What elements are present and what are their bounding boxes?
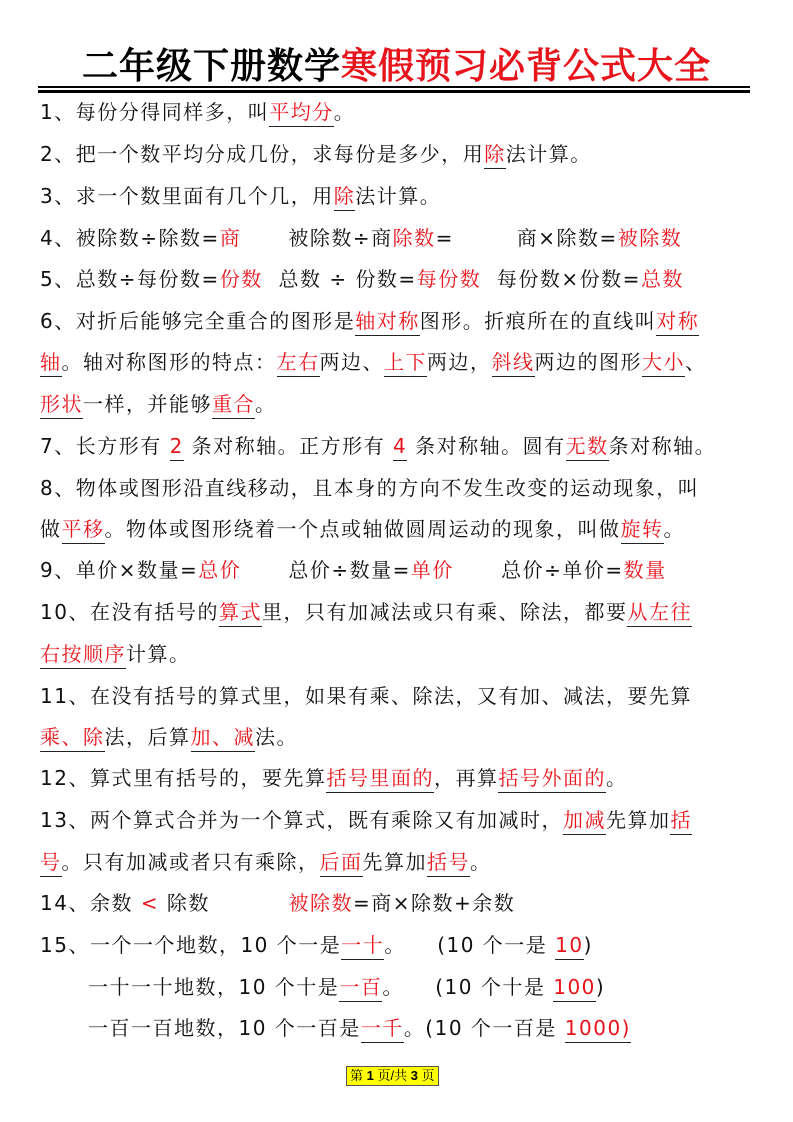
text-segment: 。 <box>664 517 686 541</box>
text-line: 8、物体或图形沿直线移动，且本身的方向不发生改变的运动现象，叫 <box>40 474 699 504</box>
text-line: 9、单价×数量=总价 总价÷数量=单价 总价÷单价=数量 <box>40 556 667 586</box>
page-middle: 页/共 <box>378 1068 408 1083</box>
text-segment: 一百一百地数，10 个一百是 <box>88 1016 361 1040</box>
text-segment: 7、长方形有 <box>40 434 170 458</box>
text-segment: 条对称轴。圆有 <box>407 434 565 458</box>
answer-highlight: 10 <box>555 933 583 960</box>
text-line: 一百一百地数，10 个一百是一千。(10 个一百是 1000) <box>88 1014 631 1044</box>
text-segment: 条对称轴。 <box>609 434 717 458</box>
answer-highlight: 总价 <box>198 558 241 582</box>
answer-highlight: 无数 <box>566 434 609 461</box>
text-segment: 2、把一个数平均分成几份，求每份是多少，用 <box>40 142 484 166</box>
text-segment: 。轴对称图形的特点： <box>62 350 277 374</box>
text-segment: 4、被除数÷除数= <box>40 226 220 250</box>
answer-highlight: 一百 <box>339 975 382 1002</box>
text-segment: 。(10 个一百是 <box>404 1016 565 1040</box>
text-segment: 先算加 <box>606 808 671 832</box>
answer-highlight: 4 <box>393 434 407 461</box>
text-segment: 、 <box>685 350 707 374</box>
text-segment: 。物体或图形绕着一个点或轴做圆周运动的现象，叫做 <box>105 517 621 541</box>
answer-highlight: 算式 <box>219 600 262 627</box>
text-segment: 6、对折后能够完全重合的图形是 <box>40 309 355 333</box>
answer-highlight: 左右 <box>277 350 320 377</box>
text-segment: 图形。折痕所在的直线叫 <box>420 309 657 333</box>
answer-highlight: 平移 <box>62 517 105 544</box>
text-line: 6、对折后能够完全重合的图形是轴对称图形。折痕所在的直线叫对称 <box>40 307 699 337</box>
title-red-part: 寒假预习必背公式大全 <box>341 45 711 87</box>
text-segment: 。 <box>255 392 277 416</box>
answer-highlight: 上下 <box>384 350 427 377</box>
answer-highlight: 加、减 <box>191 725 256 752</box>
text-segment: 两边， <box>427 350 492 374</box>
answer-highlight: 括 <box>670 808 692 835</box>
text-line: 一十一十地数，10 个十是一百。 (10 个十是 100) <box>88 973 605 1003</box>
answer-highlight: 斜线 <box>492 350 535 377</box>
title-rule-thin <box>38 86 750 88</box>
answer-highlight: 括号 <box>427 850 470 877</box>
answer-highlight: 1000) <box>565 1016 631 1043</box>
answer-highlight: 份数 <box>220 267 263 291</box>
answer-highlight: 总数 <box>641 267 684 291</box>
answer-highlight: 轴对称 <box>355 309 420 336</box>
text-line: 5、总数÷每份数=份数 总数 ÷ 份数=每份数 每份数×份数=总数 <box>40 265 684 295</box>
answer-highlight: 平均分 <box>269 100 334 127</box>
text-line: 2、把一个数平均分成几份，求每份是多少，用除法计算。 <box>40 140 592 170</box>
text-line: 11、在没有括号的算式里，如果有乘、除法，又有加、减法，要先算 <box>40 682 692 712</box>
page-prefix: 第 <box>350 1068 363 1083</box>
answer-highlight: < <box>141 891 159 915</box>
answer-highlight: 被除数 <box>289 891 354 915</box>
text-segment: 总数 ÷ 份数= <box>263 267 417 291</box>
text-line: 3、求一个数里面有几个几，用除法计算。 <box>40 182 441 212</box>
answer-highlight: 除数 <box>393 226 436 250</box>
page-suffix: 页 <box>422 1068 435 1083</box>
text-segment: 条对称轴。正方形有 <box>184 434 393 458</box>
text-segment: 法计算。 <box>506 142 592 166</box>
answer-highlight: 数量 <box>624 558 667 582</box>
text-segment: 14、余数 <box>40 891 141 915</box>
page-indicator: 第 1 页/共 3 页 <box>346 1066 439 1086</box>
text-segment: 8、物体或图形沿直线移动，且本身的方向不发生改变的运动现象，叫 <box>40 476 699 500</box>
text-line: 做平移。物体或图形绕着一个点或轴做圆周运动的现象，叫做旋转。 <box>40 515 685 545</box>
title-black-part: 二年级下册数学 <box>82 45 341 87</box>
title-rule-thick <box>38 90 750 93</box>
answer-highlight: 除 <box>334 184 356 211</box>
text-segment: 总价÷单价= <box>454 558 624 582</box>
text-line: 号。只有加减或者只有乘除，后面先算加括号。 <box>40 848 492 878</box>
text-segment: 。只有加减或者只有乘除， <box>62 850 320 874</box>
text-segment: 3、求一个数里面有几个几，用 <box>40 184 334 208</box>
text-segment: =商×除数+余数 <box>353 891 515 915</box>
text-segment: 被除数÷商 <box>241 226 392 250</box>
text-line: 乘、除法，后算加、减法。 <box>40 723 298 753</box>
answer-highlight: 一千 <box>361 1016 404 1043</box>
answer-highlight: 加减 <box>563 808 606 835</box>
answer-highlight: 每份数 <box>417 267 482 291</box>
text-segment: 。 <box>606 766 628 790</box>
answer-highlight: 对称 <box>656 309 699 336</box>
text-segment: 。 <box>470 850 492 874</box>
text-segment: 做 <box>40 517 62 541</box>
answer-highlight: 形状 <box>40 392 83 419</box>
text-segment: 11、在没有括号的算式里，如果有乘、除法，又有加、减法，要先算 <box>40 684 692 708</box>
text-segment: ) <box>584 933 593 957</box>
text-segment: 一十一十地数，10 个十是 <box>88 975 339 999</box>
text-line: 13、两个算式合并为一个算式，既有乘除又有加减时，加减先算加括 <box>40 806 692 836</box>
answer-highlight: 轴 <box>40 350 62 377</box>
text-segment: 法计算。 <box>355 184 441 208</box>
text-segment: 15、一个一个地数，10 个一是 <box>40 933 341 957</box>
text-segment: 里，只有加减法或只有乘、除法，都要 <box>262 600 628 624</box>
text-line: 7、长方形有 2 条对称轴。正方形有 4 条对称轴。圆有无数条对称轴。 <box>40 432 716 462</box>
text-line: 15、一个一个地数，10 个一是一十。 (10 个一是 10) <box>40 931 593 961</box>
text-segment: ) <box>596 975 605 999</box>
answer-highlight: 100 <box>553 975 596 1002</box>
text-line: 轴。轴对称图形的特点：左右两边、上下两边，斜线两边的图形大小、 <box>40 348 707 378</box>
text-segment: 。 (10 个十是 <box>382 975 553 999</box>
text-segment: 计算。 <box>126 642 191 666</box>
text-segment: 一样，并能够 <box>83 392 212 416</box>
text-segment: 10、在没有括号的 <box>40 600 219 624</box>
text-line: 10、在没有括号的算式里，只有加减法或只有乘、除法，都要从左往 <box>40 598 692 628</box>
current-page: 1 <box>367 1068 374 1083</box>
text-line: 14、余数 < 除数 被除数=商×除数+余数 <box>40 889 515 919</box>
answer-highlight: 被除数 <box>618 226 683 250</box>
text-segment: 法。 <box>255 725 298 749</box>
answer-highlight: 大小 <box>642 350 685 377</box>
answer-highlight: 旋转 <box>621 517 664 544</box>
text-segment: = 商×除数= <box>436 226 618 250</box>
answer-highlight: 右按顺序 <box>40 642 126 669</box>
answer-highlight: 乘、除 <box>40 725 105 752</box>
text-segment: 。 (10 个一是 <box>384 933 555 957</box>
answer-highlight: 括号外面的 <box>498 766 606 793</box>
text-segment: 。 <box>334 100 356 124</box>
answer-highlight: 括号里面的 <box>326 766 434 793</box>
answer-highlight: 2 <box>170 434 184 461</box>
text-line: 形状一样，并能够重合。 <box>40 390 277 420</box>
answer-highlight: 后面 <box>320 850 363 877</box>
total-pages: 3 <box>411 1068 418 1083</box>
text-segment: 两边、 <box>320 350 385 374</box>
text-segment: 法，后算 <box>105 725 191 749</box>
text-line: 1、每份分得同样多，叫平均分。 <box>40 98 355 128</box>
answer-highlight: 重合 <box>212 392 255 419</box>
text-segment: 先算加 <box>363 850 428 874</box>
text-segment: 两边的图形 <box>535 350 643 374</box>
answer-highlight: 从左往 <box>627 600 692 627</box>
text-segment: 每份数×份数= <box>481 267 641 291</box>
answer-highlight: 一十 <box>341 933 384 960</box>
text-line: 12、算式里有括号的，要先算括号里面的，再算括号外面的。 <box>40 764 627 794</box>
text-segment: 1、每份分得同样多，叫 <box>40 100 269 124</box>
text-segment: 除数 <box>159 891 288 915</box>
answer-highlight: 除 <box>484 142 506 169</box>
text-segment: 总价÷数量= <box>241 558 411 582</box>
answer-highlight: 号 <box>40 850 62 877</box>
text-segment: 9、单价×数量= <box>40 558 198 582</box>
text-line: 4、被除数÷除数=商 被除数÷商除数= 商×除数=被除数 <box>40 224 682 254</box>
text-segment: ，再算 <box>434 766 499 790</box>
text-segment: 12、算式里有括号的，要先算 <box>40 766 326 790</box>
page-title: 二年级下册数学寒假预习必背公式大全 <box>0 44 793 88</box>
text-segment: 5、总数÷每份数= <box>40 267 220 291</box>
answer-highlight: 商 <box>220 226 242 250</box>
text-line: 右按顺序计算。 <box>40 640 191 670</box>
answer-highlight: 单价 <box>411 558 454 582</box>
text-segment: 13、两个算式合并为一个算式，既有乘除又有加减时， <box>40 808 563 832</box>
